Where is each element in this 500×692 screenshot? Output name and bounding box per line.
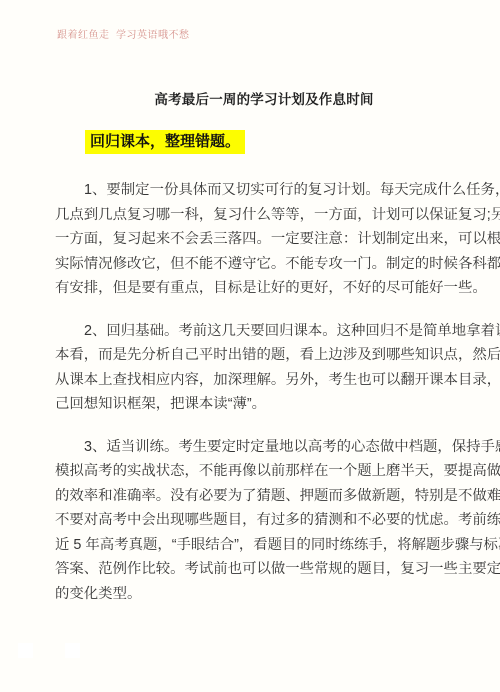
paragraph-line: 3、适当训练。考生要定时定量地以高考的心态做中档题，保持手感， bbox=[55, 435, 455, 460]
paragraph-line: 答案、范例作比较。考试前也可以做一些常规的题目，复习一些主要定理 bbox=[55, 557, 455, 582]
paragraph-line: 有安排，但是要有重点，目标是让好的更好，不好的尽可能好一些。 bbox=[55, 276, 455, 301]
body-paragraphs: 1、要制定一份具体而又切实可行的复习计划。每天完成什么任务，几点到几点复习哪一科… bbox=[55, 178, 455, 624]
highlighted-subtitle: 回归课本，整理错题。 bbox=[85, 130, 245, 154]
document-title: 高考最后一周的学习计划及作息时间 bbox=[0, 88, 500, 108]
bottom-qr-watermark bbox=[10, 636, 100, 676]
paragraph-line: 从课本上查找相应内容，加深理解。另外，考生也可以翻开课本目录，自 bbox=[55, 368, 455, 393]
qr-watermark-square bbox=[65, 643, 80, 658]
paragraph-line: 己回想知识框架，把课本读“薄”。 bbox=[55, 392, 455, 417]
paragraph: 2、回归基础。考前这几天要回归课本。这种回归不是简单地拿着课本看，而是先分析自己… bbox=[55, 319, 455, 417]
paragraph: 3、适当训练。考生要定时定量地以高考的心态做中档题，保持手感，模拟高考的实战状态… bbox=[55, 435, 455, 607]
paragraph-line: 模拟高考的实战状态，不能再像以前那样在一个题上磨半天，要提高做题 bbox=[55, 459, 455, 484]
paragraph-line: 近 5 年高考真题，“手眼结合”，看题目的同时练练手，将解题步骤与标准 bbox=[55, 533, 455, 558]
paragraph-line: 的效率和准确率。没有必要为了猜题、押题而多做新题，特别是不做难题， bbox=[55, 484, 455, 509]
paragraph-line: 几点到几点复习哪一科，复习什么等等，一方面，计划可以保证复习;另 bbox=[55, 203, 455, 228]
paragraph-line: 的变化类型。 bbox=[55, 582, 455, 607]
document-page: 跟着红鱼走 学习英语哦不愁 高考最后一周的学习计划及作息时间 回归课本，整理错题… bbox=[0, 0, 500, 692]
paragraph-line: 不要对高考中会出现哪些题目，有过多的猜测和不必要的忧虑。考前练习 bbox=[55, 508, 455, 533]
paragraph-line: 一方面，复习起来不会丢三落四。一定要注意：计划制定出来，可以根据 bbox=[55, 227, 455, 252]
qr-watermark-square bbox=[18, 643, 33, 658]
top-watermark-text: 跟着红鱼走 学习英语哦不愁 bbox=[57, 29, 190, 42]
paragraph-line: 本看，而是先分析自己平时出错的题，看上边涉及到哪些知识点，然后再 bbox=[55, 343, 455, 368]
paragraph-line: 2、回归基础。考前这几天要回归课本。这种回归不是简单地拿着课 bbox=[55, 319, 455, 344]
paragraph-line: 实际情况修改它，但不能不遵守它。不能专攻一门。制定的时候各科都要 bbox=[55, 252, 455, 277]
paragraph-line: 1、要制定一份具体而又切实可行的复习计划。每天完成什么任务， bbox=[55, 178, 455, 203]
paragraph: 1、要制定一份具体而又切实可行的复习计划。每天完成什么任务，几点到几点复习哪一科… bbox=[55, 178, 455, 301]
